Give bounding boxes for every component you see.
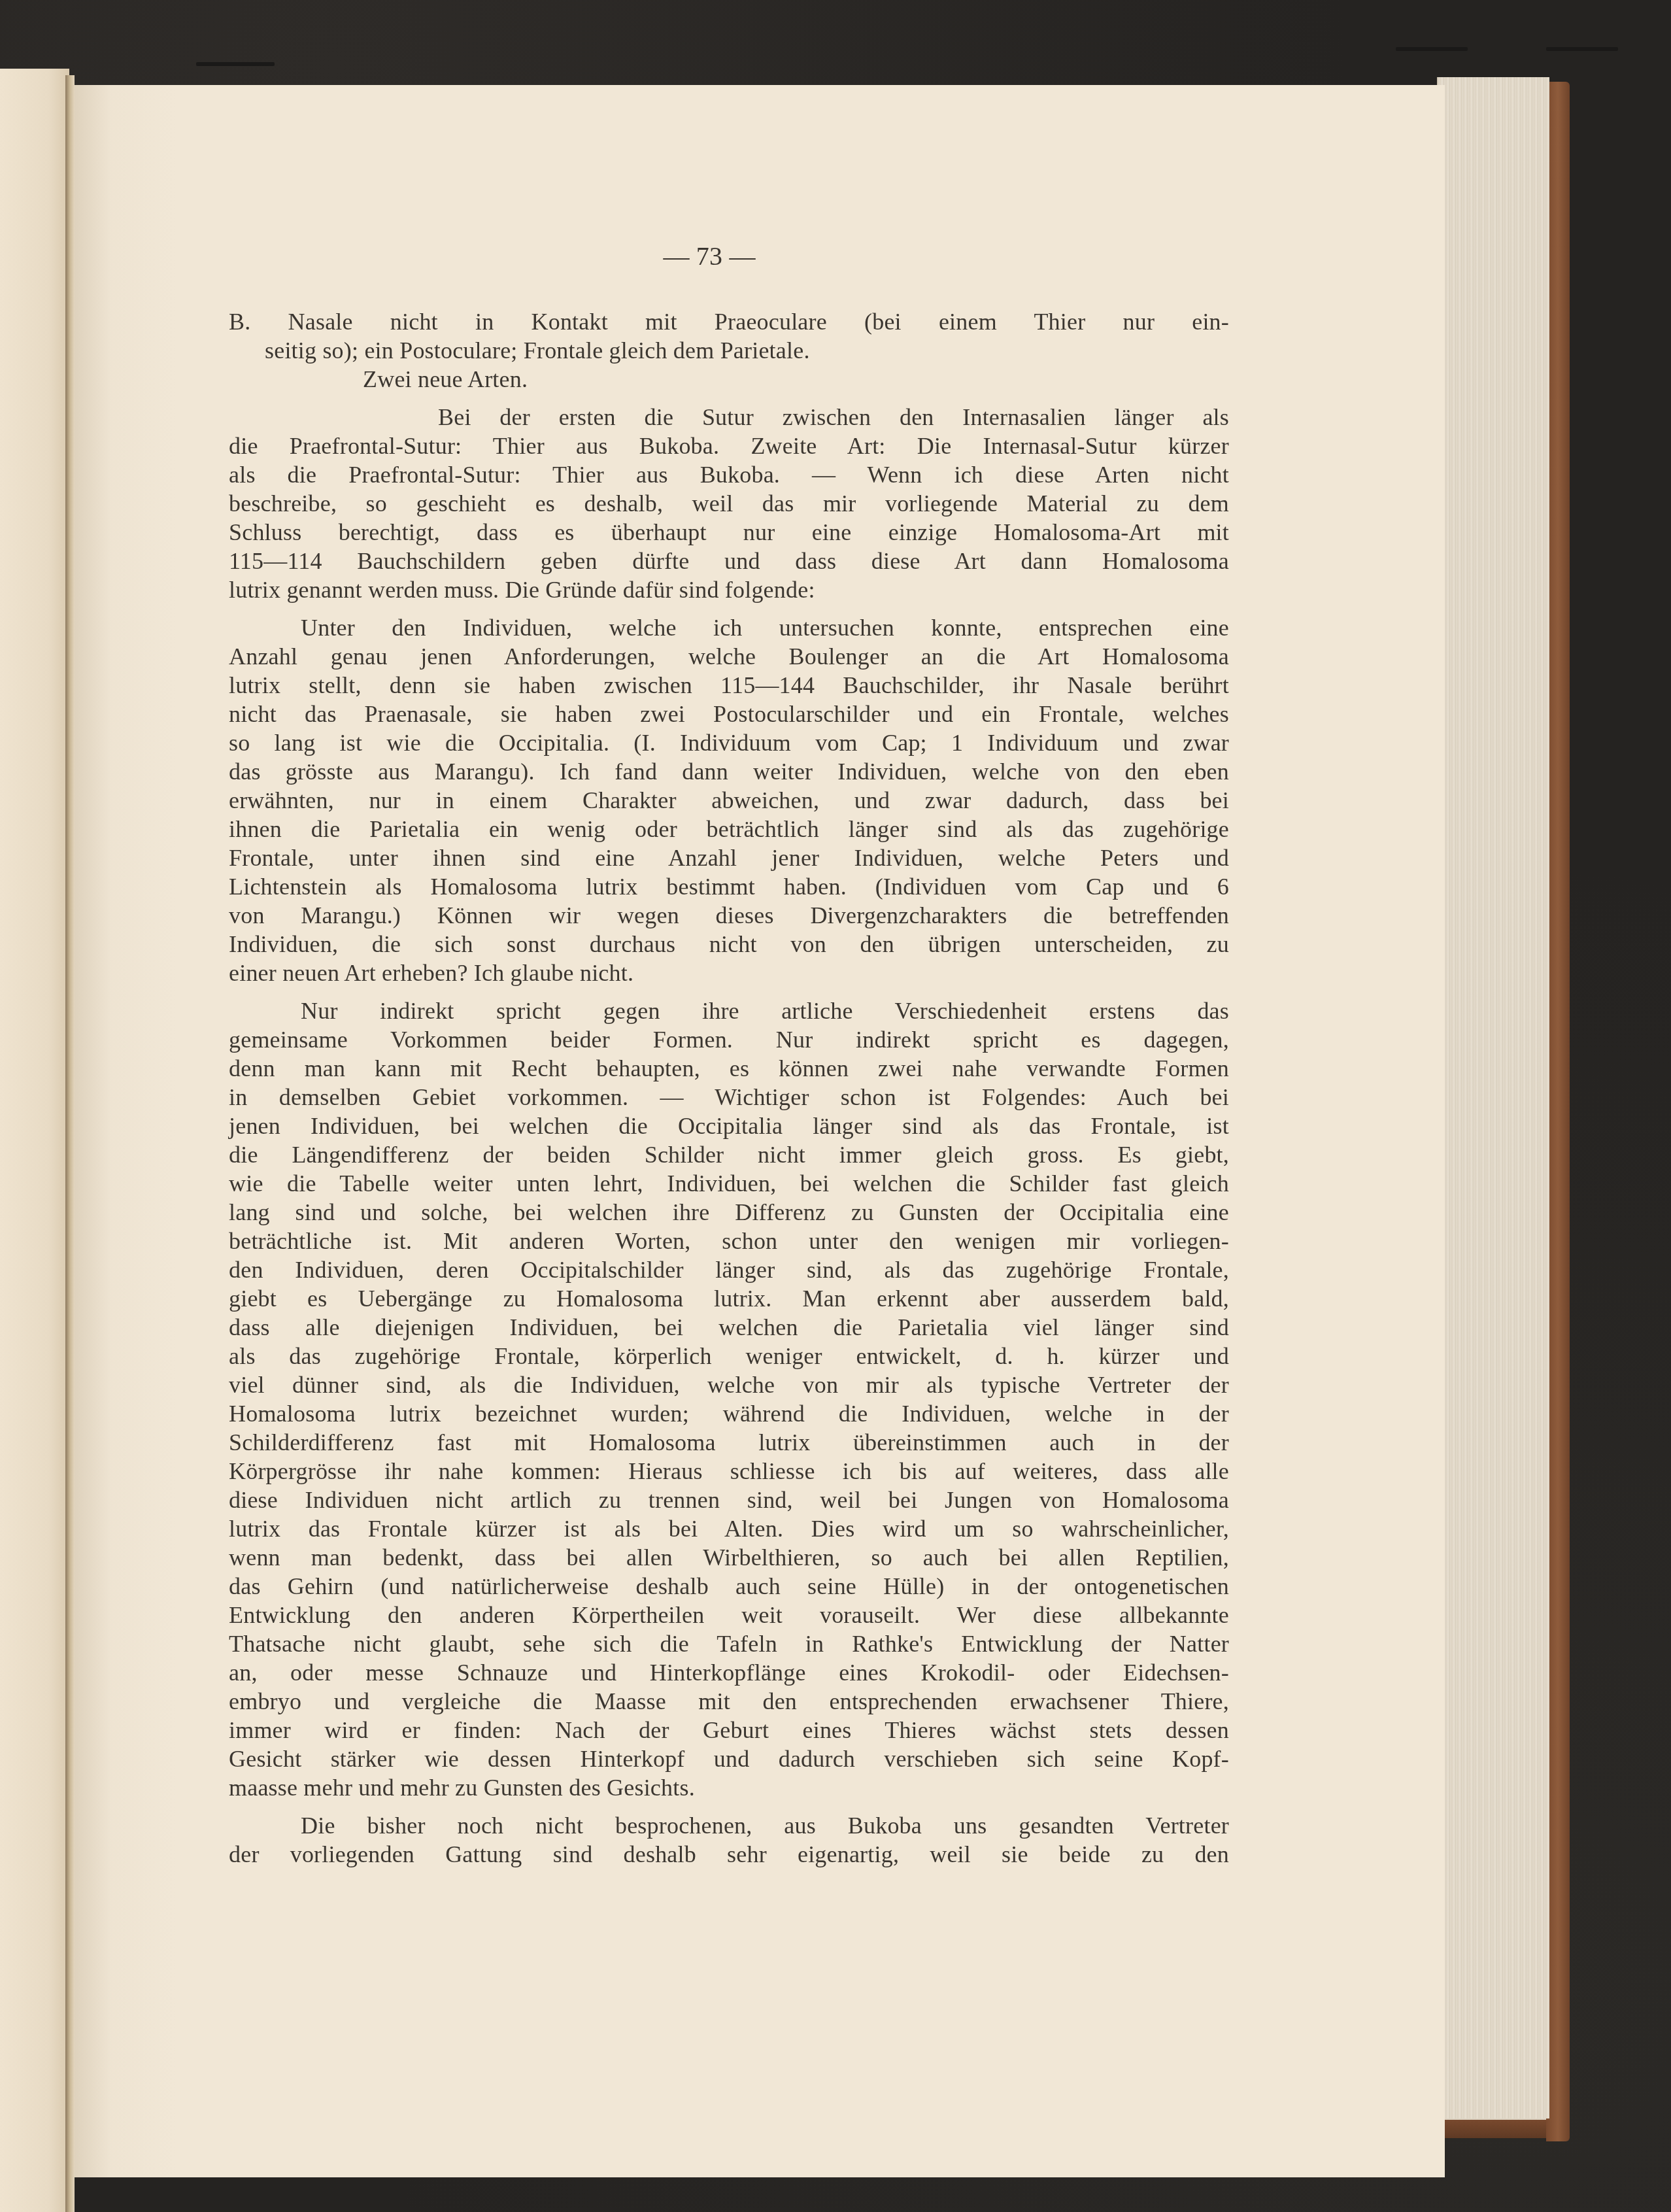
text-line: Nur indirekt spricht gegen ihre artliche… (229, 996, 1229, 1025)
text-line: lang sind und solche, bei welchen ihre D… (229, 1198, 1229, 1227)
text-line: B. Nasale nicht in Kontakt mit Praeocula… (229, 307, 1229, 336)
text-line: als die Praefrontal-Sutur: Thier aus Buk… (229, 460, 1229, 489)
text-line: Schluss berechtigt, dass es überhaupt nu… (229, 518, 1229, 547)
page-text-block: — 73 — B. Nasale nicht in Kontakt mit Pr… (229, 242, 1229, 1869)
text-line: die Längendifferenz der beiden Schilder … (229, 1140, 1229, 1169)
text-line: Körpergrösse ihr nahe kommen: Hieraus sc… (229, 1457, 1229, 1486)
text-line: das grösste aus Marangu). Ich fand dann … (229, 757, 1229, 786)
scanner-mark (1546, 47, 1618, 51)
paragraph-4: Die bisher noch nicht besprochenen, aus … (229, 1811, 1229, 1869)
text-line: diese Individuen nicht artlich zu trenne… (229, 1486, 1229, 1514)
text-line: gemeinsame Vorkommen beider Formen. Nur … (229, 1025, 1229, 1054)
text-line: lutrix genannt werden muss. Die Gründe d… (229, 575, 1229, 604)
text-line: der vorliegenden Gattung sind deshalb se… (229, 1840, 1229, 1869)
scanner-mark (196, 62, 275, 66)
text-line: nicht das Praenasale, sie haben zwei Pos… (229, 700, 1229, 728)
text-line: Thatsache nicht glaubt, sehe sich die Ta… (229, 1629, 1229, 1658)
text-line: von Marangu.) Können wir wegen dieses Di… (229, 901, 1229, 930)
section-subheading: Zwei neue Arten. (229, 365, 1229, 394)
text-line: jenen Individuen, bei welchen die Occipi… (229, 1112, 1229, 1140)
text-line: giebt es Uebergänge zu Homalosoma lutrix… (229, 1284, 1229, 1313)
text-line: viel dünner sind, als die Individuen, we… (229, 1370, 1229, 1399)
text-line: beträchtliche ist. Mit anderen Worten, s… (229, 1227, 1229, 1255)
text-line: so lang ist wie die Occipitalia. (I. Ind… (229, 728, 1229, 757)
scanner-mark (1396, 47, 1468, 51)
text-line: wenn man bedenkt, dass bei allen Wirbelt… (229, 1543, 1229, 1572)
text-line: Lichtenstein als Homalosoma lutrix besti… (229, 872, 1229, 901)
text-line: den Individuen, deren Occipitalschilder … (229, 1255, 1229, 1284)
text-line: beschreibe, so geschieht es deshalb, wei… (229, 489, 1229, 518)
text-line: embryo und vergleiche die Maasse mit den… (229, 1687, 1229, 1716)
page-number: — 73 — (209, 242, 1209, 271)
text-line: Individuen, die sich sonst durchaus nich… (229, 930, 1229, 959)
text-line: 115—114 Bauchschildern geben dürfte und … (229, 547, 1229, 575)
text-line: Homalosoma lutrix bezeichnet wurden; wäh… (229, 1399, 1229, 1428)
text-line: als das zugehörige Frontale, körperlich … (229, 1342, 1229, 1370)
text-line: Anzahl genau jenen Anforderungen, welche… (229, 642, 1229, 671)
text-line: einer neuen Art erheben? Ich glaube nich… (229, 959, 1229, 987)
paragraph-3: Nur indirekt spricht gegen ihre artliche… (229, 996, 1229, 1802)
text-line: die Praefrontal-Sutur: Thier aus Bukoba.… (229, 432, 1229, 460)
text-line: ihnen die Parietalia ein wenig oder betr… (229, 815, 1229, 843)
text-line: Die bisher noch nicht besprochenen, aus … (229, 1811, 1229, 1840)
text-line: seitig so); ein Postoculare; Frontale gl… (229, 336, 1229, 365)
page-block-fore-edge (1437, 77, 1549, 2118)
text-line: immer wird er finden: Nach der Geburt ei… (229, 1716, 1229, 1744)
book-cover-edge (1546, 82, 1570, 2141)
text-line: in demselben Gebiet vorkommen. — Wichtig… (229, 1083, 1229, 1112)
paragraph-1: Bei der ersten die Sutur zwischen den In… (229, 403, 1229, 604)
paragraph-2: Unter den Individuen, welche ich untersu… (229, 613, 1229, 987)
text-line: Frontale, unter ihnen sind eine Anzahl j… (229, 843, 1229, 872)
book-gutter (65, 75, 75, 2212)
text-line: Schilderdifferenz fast mit Homalosoma lu… (229, 1428, 1229, 1457)
text-line: wie die Tabelle weiter unten lehrt, Indi… (229, 1169, 1229, 1198)
text-line: Entwicklung den anderen Körpertheilen we… (229, 1601, 1229, 1629)
text-line: lutrix das Frontale kürzer ist als bei A… (229, 1514, 1229, 1543)
text-line: maasse mehr und mehr zu Gunsten des Gesi… (229, 1773, 1229, 1802)
left-page-sliver (0, 69, 69, 2212)
section-b: B. Nasale nicht in Kontakt mit Praeocula… (229, 307, 1229, 394)
text-line: Gesicht stärker wie dessen Hinterkopf un… (229, 1744, 1229, 1773)
text-line: an, oder messe Schnauze und Hinterkopflä… (229, 1658, 1229, 1687)
text-line: lutrix stellt, denn sie haben zwischen 1… (229, 671, 1229, 700)
text-line: Unter den Individuen, welche ich untersu… (229, 613, 1229, 642)
text-line: erwähnten, nur in einem Charakter abweic… (229, 786, 1229, 815)
text-line: Bei der ersten die Sutur zwischen den In… (229, 403, 1229, 432)
text-line: dass alle diejenigen Individuen, bei wel… (229, 1313, 1229, 1342)
text-line: denn man kann mit Recht behaupten, es kö… (229, 1054, 1229, 1083)
text-line: das Gehirn (und natürlicherweise deshalb… (229, 1572, 1229, 1601)
